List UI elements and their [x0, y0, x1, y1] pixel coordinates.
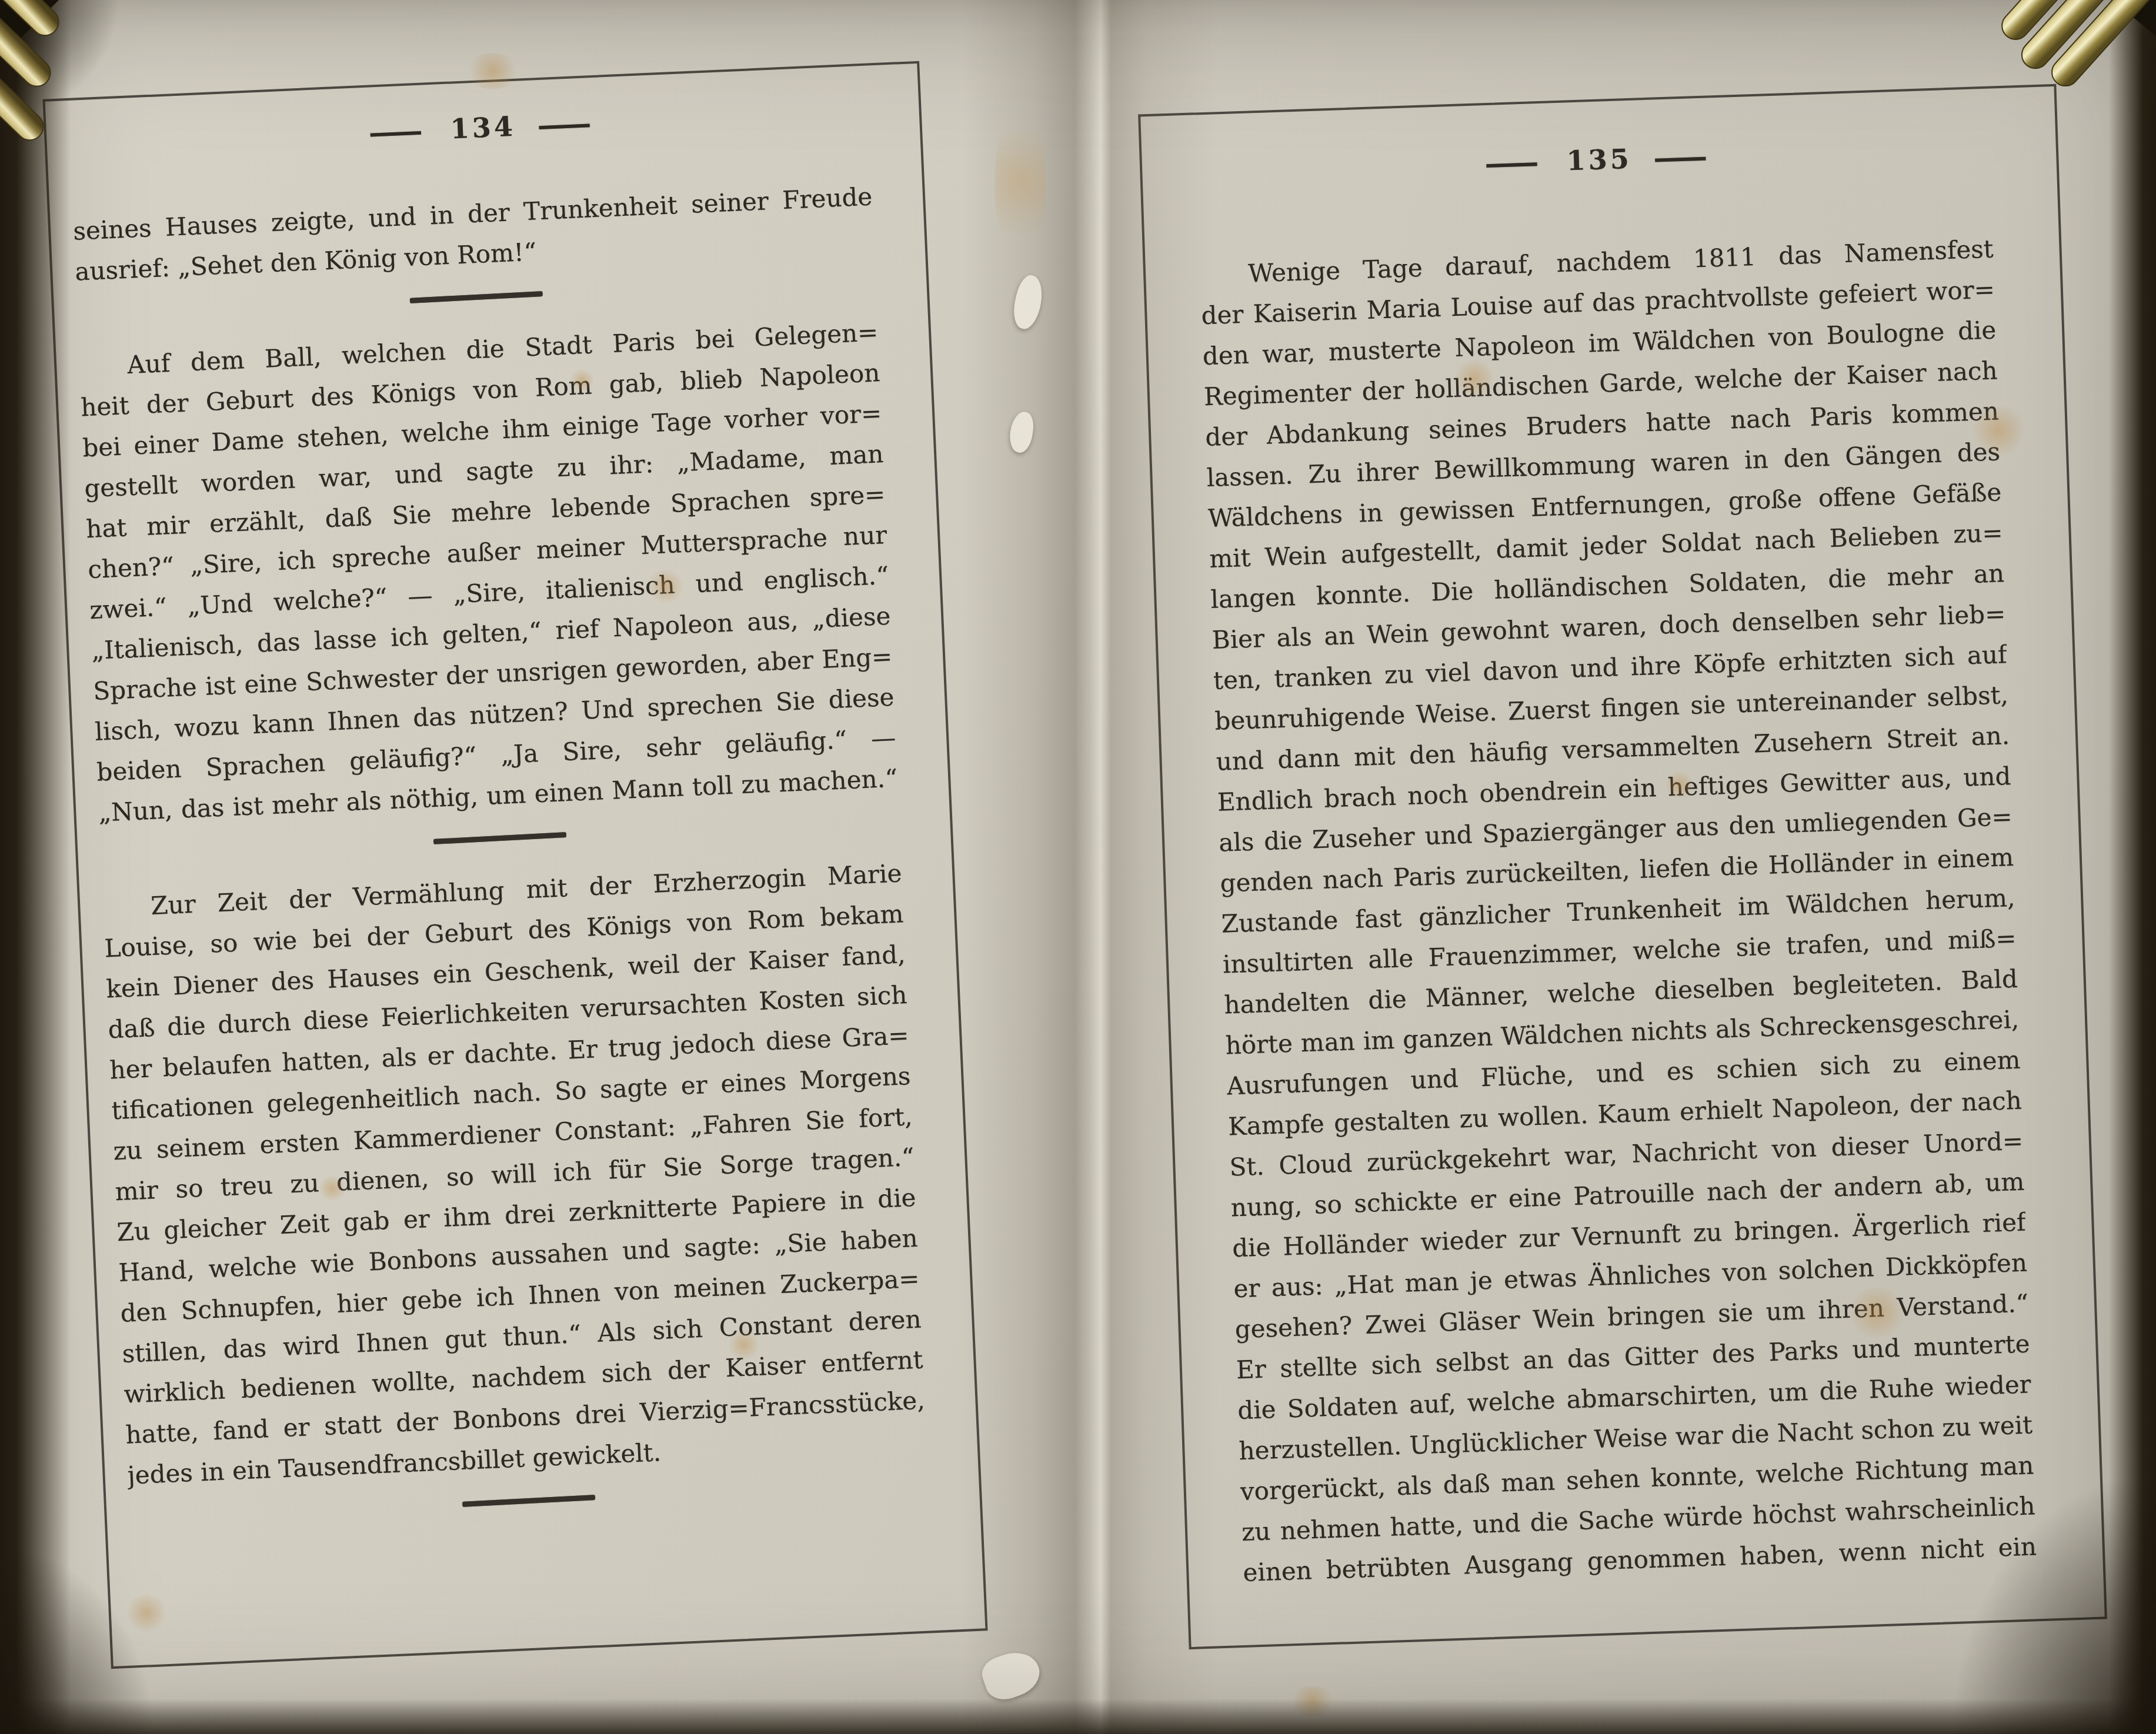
page-135-text: Wenige Tage darauf, nachdem 1811 das Nam… [1199, 229, 2037, 1593]
page-134: — 134 — seines Hauses zeigte, und in der… [42, 61, 987, 1669]
paper-tear [978, 1645, 1046, 1705]
paragraph: Wenige Tage darauf, nachdem 1811 das Nam… [1199, 229, 2037, 1593]
separator-rule [462, 1495, 595, 1507]
separator-rule [410, 291, 543, 303]
page-134-text: seines Hauses zeigte, und in der Trunken… [72, 176, 930, 1550]
header-dash-right: — [535, 105, 599, 143]
page-number-135: 135 [1566, 143, 1633, 177]
photo-edge-bottom [0, 1699, 2156, 1734]
paragraph: seines Hauses zeigte, und in der Trunken… [72, 176, 875, 292]
fox-stain [995, 112, 1046, 253]
book-photo: — 134 — seines Hauses zeigte, und in der… [0, 0, 2156, 1734]
fox-stain [1288, 1686, 1337, 1717]
header-dash-right: — [1651, 138, 1716, 175]
paragraph: Zur Zeit der Vermählung mit der Erzherzo… [102, 853, 927, 1495]
page-135: — 135 — Wenige Tage darauf, nachdem 1811… [1138, 84, 2107, 1649]
photo-edge-right [2109, 0, 2156, 1734]
paper-tear [1009, 273, 1047, 332]
paper-tear [1007, 410, 1035, 455]
paragraph: Auf dem Ball, welchen die Stadt Paris be… [78, 312, 899, 833]
metal-clamp-right [1894, 0, 2156, 212]
page-number-134: 134 [450, 111, 516, 145]
header-dash-left: — [1483, 144, 1547, 181]
separator-rule [433, 832, 566, 844]
header-dash-left: — [367, 112, 432, 150]
metal-clamp-left [0, 0, 200, 182]
